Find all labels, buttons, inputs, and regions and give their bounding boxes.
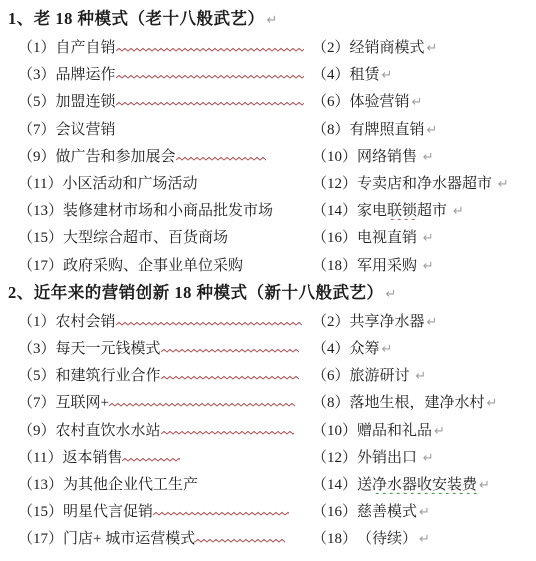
spellcheck-squiggle: [116, 321, 302, 326]
item-text: 家电: [357, 199, 387, 220]
item-text: 专卖店和净水器超市: [357, 172, 496, 193]
document-body: 1、老 18 种模式（老十八般武艺）↵ （1）自产自销 （2）经销商模式↵ （3…: [0, 4, 536, 551]
item-text: 共享净水器: [350, 310, 425, 331]
item-text: 旅游研讨: [350, 364, 414, 385]
item-text: 经销商模式: [350, 36, 425, 57]
item-text: 网络销售: [357, 145, 421, 166]
item-number: （5）: [18, 364, 56, 385]
item-text: 返本销售: [62, 446, 122, 467]
item-number: （7）: [18, 391, 56, 412]
paragraph-mark-icon: ↵: [425, 41, 438, 56]
spellcheck-underlined-text: 净水器收安装费: [372, 473, 477, 494]
list-item-right: （2）共享净水器↵: [312, 310, 536, 331]
spellcheck-squiggle: [161, 348, 299, 353]
section-rows: （1）农村会销 （2）共享净水器↵ （3）每天一元钱模式 （4）众筹↵ （5）和…: [0, 307, 536, 552]
paragraph-mark-icon: ↵: [477, 478, 490, 493]
paragraph-mark-icon: ↵: [380, 342, 393, 357]
list-row: （9）做广告和参加展会 （10）网络销售 ↵: [0, 142, 536, 169]
list-item-right: （8）有牌照直销↵: [312, 118, 536, 139]
list-item-left: （17）门店+ 城市运营模式: [18, 527, 312, 548]
item-text: 自产自销: [56, 36, 116, 57]
item-text: 每天一元钱模式: [56, 337, 161, 358]
item-text: 超市: [417, 199, 451, 220]
item-number: （14）: [312, 199, 357, 220]
list-item-left: （13）为其他企业代工生产: [18, 473, 312, 494]
item-text: 明星代言促销: [63, 500, 153, 521]
item-number: （8）: [312, 118, 350, 139]
spellcheck-squiggle: [116, 47, 304, 52]
list-item-right: （12）外销出口 ↵: [312, 446, 536, 467]
list-item-right: （4）众筹↵: [312, 337, 536, 358]
paragraph-mark-icon: ↵: [410, 95, 423, 110]
item-number: （2）: [312, 310, 350, 331]
item-text: 小区活动和广场活动: [62, 172, 197, 193]
item-text: 农村直饮水水站: [56, 419, 161, 440]
paragraph-mark-icon: ↵: [265, 13, 278, 28]
list-item-right: （16）电视直销 ↵: [312, 226, 536, 247]
item-text: 外销出口: [357, 446, 421, 467]
item-number: （8）: [312, 391, 350, 412]
item-number: （13）: [18, 199, 63, 220]
item-text: 军用采购: [357, 254, 421, 275]
item-number: （17）: [18, 254, 63, 275]
paragraph-mark-icon: ↵: [417, 532, 430, 547]
list-item-right: （2）经销商模式↵: [312, 36, 536, 57]
list-row: （5）加盟连锁 （6）体验营销↵: [0, 87, 536, 114]
spellcheck-squiggle: [195, 538, 285, 543]
item-number: （17）: [18, 527, 63, 548]
item-number: （1）: [18, 36, 56, 57]
list-row: （1）自产自销 （2）经销商模式↵: [0, 33, 536, 60]
item-text: 政府采购、企事业单位采购: [63, 254, 243, 275]
section-heading-text: 2、近年来的营销创新 18 种模式（新十八般武艺）: [8, 283, 384, 302]
item-text: （待续）: [357, 527, 417, 548]
spellcheck-underlined-text: 联锁: [387, 199, 417, 220]
list-item-right: （12）专卖店和净水器超市 ↵: [312, 172, 536, 193]
item-text: 和建筑行业合作: [56, 364, 161, 385]
item-number: （14）: [312, 473, 357, 494]
item-text: 农村会销: [56, 310, 116, 331]
list-item-left: （11）小区活动和广场活动: [18, 172, 312, 193]
list-item-right: （14）送净水器收安装费↵: [312, 473, 536, 494]
item-text: 落地生根，建净水村: [350, 391, 485, 412]
item-number: （11）: [18, 172, 62, 193]
paragraph-mark-icon: ↵: [421, 231, 434, 246]
spellcheck-squiggle: [176, 156, 266, 161]
paragraph-mark-icon: ↵: [384, 287, 397, 302]
list-item-left: （17）政府采购、企事业单位采购: [18, 254, 312, 275]
item-number: （5）: [18, 90, 56, 111]
list-row: （15）明星代言促销 （16）慈善模式↵: [0, 497, 536, 524]
section-rows: （1）自产自销 （2）经销商模式↵ （3）品牌运作 （4）租赁↵ （5）加盟连锁…: [0, 33, 536, 278]
item-text: 品牌运作: [56, 63, 116, 84]
item-number: （15）: [18, 500, 63, 521]
paragraph-mark-icon: ↵: [432, 424, 445, 439]
item-text: 电视直销: [357, 226, 421, 247]
item-text: 有牌照直销: [350, 118, 425, 139]
item-text: 众筹: [350, 337, 380, 358]
item-number: （3）: [18, 63, 56, 84]
list-row: （3）每天一元钱模式 （4）众筹↵: [0, 334, 536, 361]
item-number: （16）: [312, 500, 357, 521]
paragraph-mark-icon: ↵: [425, 123, 438, 138]
paragraph-mark-icon: ↵: [421, 451, 434, 466]
spellcheck-squiggle: [122, 457, 180, 462]
list-item-left: （5）加盟连锁: [18, 90, 312, 111]
item-text: 为其他企业代工生产: [63, 473, 198, 494]
spellcheck-squiggle: [161, 430, 294, 435]
item-number: （12）: [312, 446, 357, 467]
list-row: （13）为其他企业代工生产 （14）送净水器收安装费↵: [0, 470, 536, 497]
list-item-right: （18）军用采购 ↵: [312, 254, 536, 275]
list-item-left: （3）每天一元钱模式: [18, 337, 312, 358]
list-item-left: （3）品牌运作: [18, 63, 312, 84]
paragraph-mark-icon: ↵: [417, 505, 430, 520]
list-row: （7）互联网+ （8）落地生根，建净水村↵: [0, 388, 536, 415]
paragraph-mark-icon: ↵: [451, 204, 464, 219]
item-number: （16）: [312, 226, 357, 247]
item-number: （10）: [312, 419, 357, 440]
list-row: （7）会议营销 （8）有牌照直销↵: [0, 115, 536, 142]
item-text: 大型综合超市、百货商场: [63, 226, 228, 247]
section-heading-text: 1、老 18 种模式（老十八般武艺）: [8, 9, 265, 28]
paragraph-mark-icon: ↵: [413, 369, 426, 384]
item-text: 会议营销: [56, 118, 116, 139]
list-item-right: （16）慈善模式↵: [312, 500, 536, 521]
list-item-left: （11）返本销售: [18, 446, 312, 467]
item-number: （13）: [18, 473, 63, 494]
list-item-right: （18）（待续）↵: [312, 527, 536, 548]
item-text: 体验营销: [350, 90, 410, 111]
list-row: （1）农村会销 （2）共享净水器↵: [0, 307, 536, 334]
paragraph-mark-icon: ↵: [485, 396, 498, 411]
list-item-left: （7）会议营销: [18, 118, 312, 139]
section-heading: 1、老 18 种模式（老十八般武艺）↵: [0, 4, 536, 33]
list-item-right: （4）租赁↵: [312, 63, 536, 84]
item-number: （2）: [312, 36, 350, 57]
item-number: （15）: [18, 226, 63, 247]
list-row: （9）农村直饮水水站 （10）赠品和礼品↵: [0, 415, 536, 442]
item-number: （12）: [312, 172, 357, 193]
list-item-left: （5）和建筑行业合作: [18, 364, 312, 385]
item-number: （3）: [18, 337, 56, 358]
item-text: 加盟连锁: [56, 90, 116, 111]
list-item-right: （8）落地生根，建净水村↵: [312, 391, 536, 412]
item-text: 赠品和礼品: [357, 419, 432, 440]
item-number: （9）: [18, 145, 56, 166]
item-number: （18）: [312, 254, 357, 275]
item-text: 送: [357, 473, 372, 494]
list-item-left: （13）装修建材市场和小商品批发市场: [18, 199, 312, 220]
item-number: （7）: [18, 118, 56, 139]
list-item-left: （7）互联网+: [18, 391, 312, 412]
list-item-right: （10）赠品和礼品↵: [312, 419, 536, 440]
item-text: 门店+ 城市运营模式: [63, 527, 195, 548]
list-item-right: （10）网络销售 ↵: [312, 145, 536, 166]
list-row: （13）装修建材市场和小商品批发市场 （14）家电联锁超市 ↵: [0, 196, 536, 223]
item-text: 做广告和参加展会: [56, 145, 176, 166]
paragraph-mark-icon: ↵: [425, 315, 438, 330]
item-text: 装修建材市场和小商品批发市场: [63, 199, 273, 220]
list-row: （17）门店+ 城市运营模式 （18）（待续）↵: [0, 524, 536, 551]
item-number: （11）: [18, 446, 62, 467]
item-number: （6）: [312, 364, 350, 385]
list-item-left: （9）农村直饮水水站: [18, 419, 312, 440]
spellcheck-squiggle: [161, 375, 299, 380]
spellcheck-squiggle: [116, 74, 304, 79]
list-item-right: （6）旅游研讨 ↵: [312, 364, 536, 385]
list-item-right: （14）家电联锁超市 ↵: [312, 199, 536, 220]
list-row: （17）政府采购、企事业单位采购 （18）军用采购 ↵: [0, 251, 536, 278]
list-item-right: （6）体验营销↵: [312, 90, 536, 111]
item-number: （10）: [312, 145, 357, 166]
list-item-left: （15）明星代言促销: [18, 500, 312, 521]
item-text: 慈善模式: [357, 500, 417, 521]
section: 1、老 18 种模式（老十八般武艺）↵ （1）自产自销 （2）经销商模式↵ （3…: [0, 4, 536, 278]
list-row: （15）大型综合超市、百货商场 （16）电视直销 ↵: [0, 223, 536, 250]
section: 2、近年来的营销创新 18 种模式（新十八般武艺）↵ （1）农村会销 （2）共享…: [0, 278, 536, 552]
spellcheck-squiggle: [153, 511, 289, 516]
section-heading: 2、近年来的营销创新 18 种模式（新十八般武艺）↵: [0, 278, 536, 307]
paragraph-mark-icon: ↵: [496, 177, 509, 192]
paragraph-mark-icon: ↵: [380, 68, 393, 83]
list-row: （11）返本销售 （12）外销出口 ↵: [0, 443, 536, 470]
item-text: 租赁: [350, 63, 380, 84]
item-number: （1）: [18, 310, 56, 331]
list-row: （5）和建筑行业合作 （6）旅游研讨 ↵: [0, 361, 536, 388]
list-item-left: （1）自产自销: [18, 36, 312, 57]
list-item-left: （15）大型综合超市、百货商场: [18, 226, 312, 247]
spellcheck-squiggle: [109, 402, 295, 407]
item-number: （4）: [312, 337, 350, 358]
paragraph-mark-icon: ↵: [421, 259, 434, 274]
document-page: 1、老 18 种模式（老十八般武艺）↵ （1）自产自销 （2）经销商模式↵ （3…: [0, 0, 536, 561]
item-number: （6）: [312, 90, 350, 111]
item-number: （4）: [312, 63, 350, 84]
item-text: 互联网+: [56, 391, 109, 412]
list-row: （3）品牌运作 （4）租赁↵: [0, 60, 536, 87]
item-number: （18）: [312, 527, 357, 548]
spellcheck-squiggle: [116, 101, 304, 106]
item-number: （9）: [18, 419, 56, 440]
list-item-left: （9）做广告和参加展会: [18, 145, 312, 166]
list-row: （11）小区活动和广场活动 （12）专卖店和净水器超市 ↵: [0, 169, 536, 196]
list-item-left: （1）农村会销: [18, 310, 312, 331]
paragraph-mark-icon: ↵: [421, 150, 434, 165]
